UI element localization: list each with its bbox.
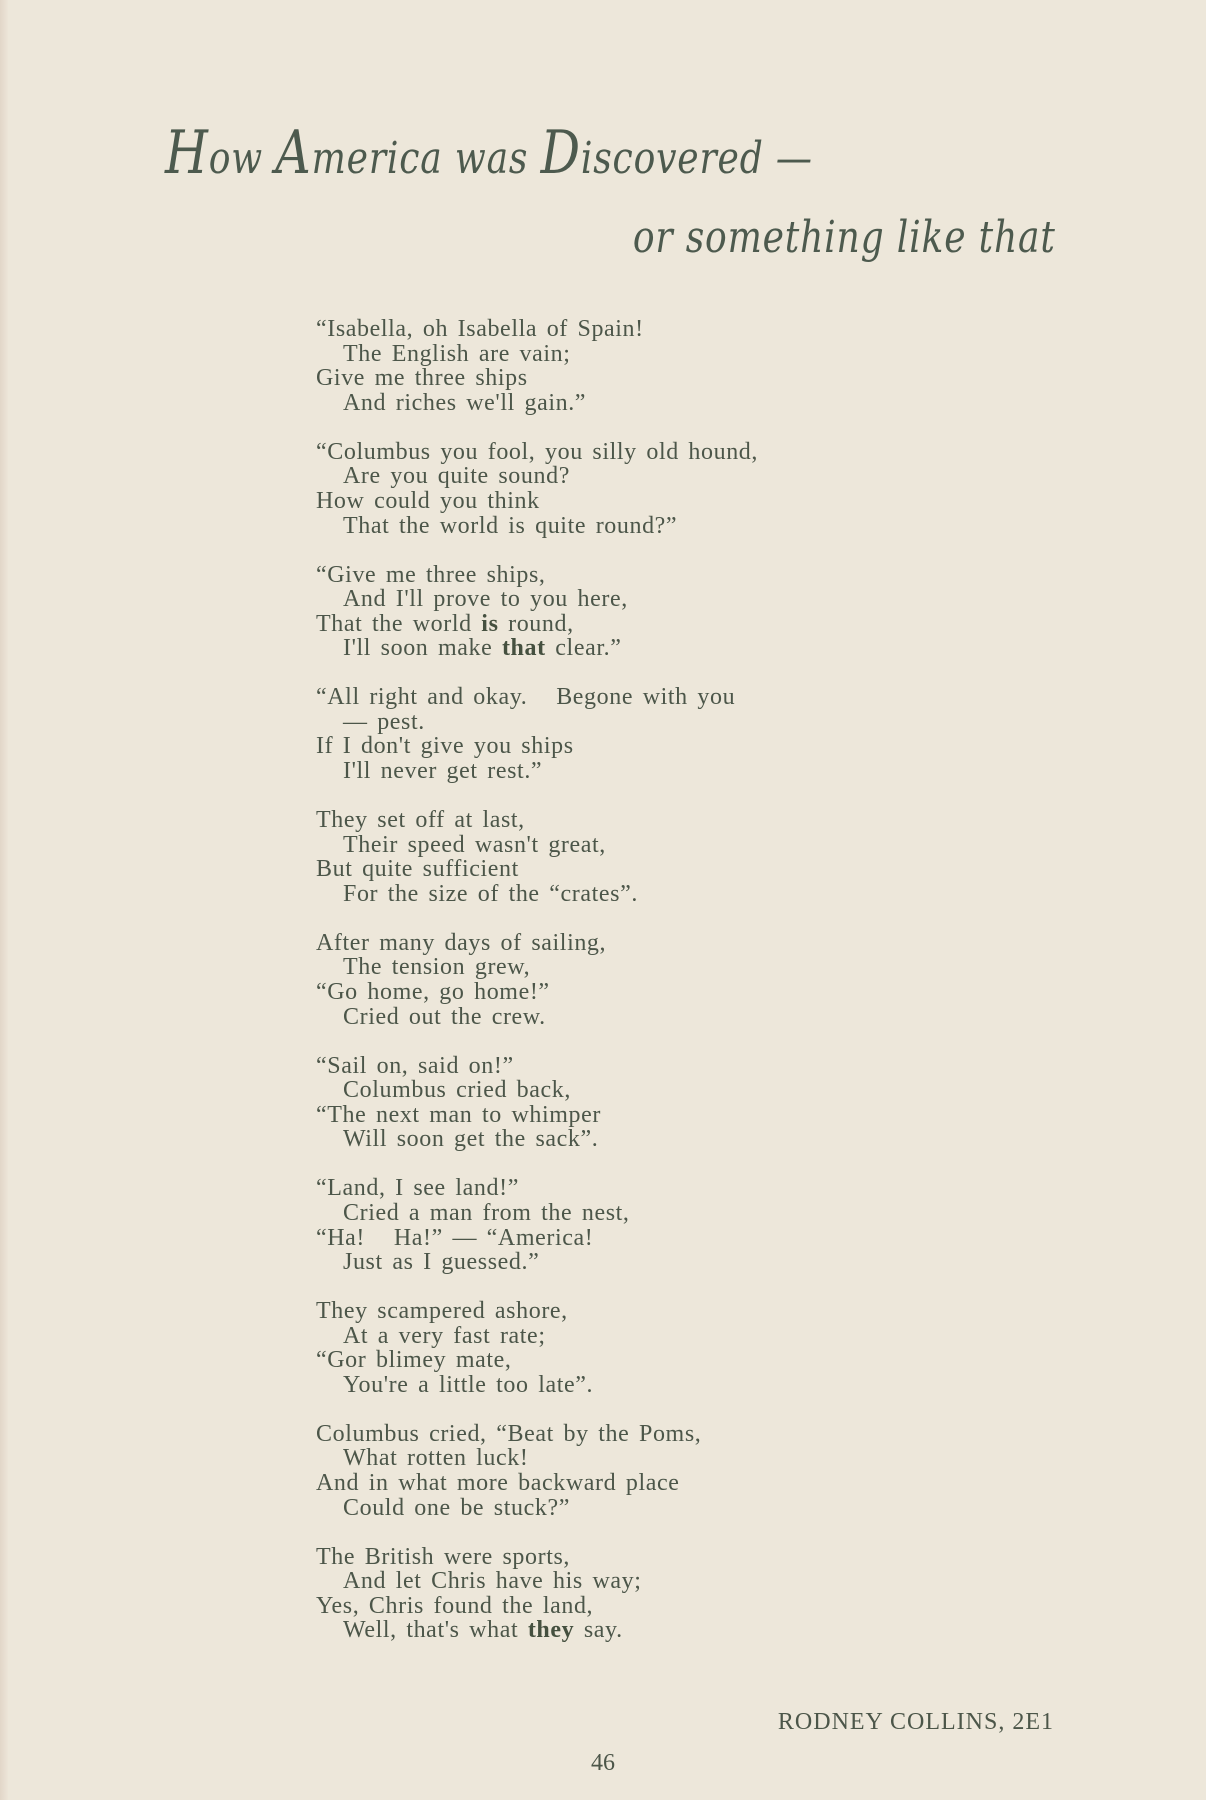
emphasis: is <box>481 611 498 637</box>
poem-line: “Land, I see land!” <box>316 1176 758 1201</box>
title-rest-america: merica was <box>312 133 541 184</box>
emphasis: they <box>528 1617 574 1643</box>
poem-line: “All right and okay. Begone with you <box>316 685 758 710</box>
title-word-how: How <box>165 133 275 184</box>
poem-body: “Isabella, oh Isabella of Spain!The Engl… <box>316 317 758 1667</box>
poem-line: “Sail on, said on!” <box>316 1054 758 1079</box>
poem-line: The English are vain; <box>316 342 758 367</box>
stanza: “Isabella, oh Isabella of Spain!The Engl… <box>316 317 758 415</box>
title-cap-a: A <box>275 118 311 188</box>
stanza: Columbus cried, “Beat by the Poms,What r… <box>316 1422 758 1520</box>
stanza: “Columbus you fool, you silly old hound,… <box>316 440 758 538</box>
poem-line: They set off at last, <box>316 808 758 833</box>
poem-line: And let Chris have his way; <box>316 1569 758 1594</box>
stanza: “All right and okay. Begone with you— pe… <box>316 685 758 783</box>
poem-line: If I don't give you ships <box>316 734 758 759</box>
poem-line: “Columbus you fool, you silly old hound, <box>316 440 758 465</box>
poem-line: The tension grew, <box>316 955 758 980</box>
author-credit: RODNEY COLLINS, 2E1 <box>778 1709 1054 1736</box>
poem-line: Could one be stuck?” <box>316 1496 758 1521</box>
poem-line: Give me three ships <box>316 366 758 391</box>
poem-line: You're a little too late”. <box>316 1373 758 1398</box>
poem-line: Yes, Chris found the land, <box>316 1594 758 1619</box>
poem-line: “Gor blimey mate, <box>316 1348 758 1373</box>
title-line-2: or something like that <box>633 212 1056 263</box>
poem-line: “Give me three ships, <box>316 563 758 588</box>
poem-line: At a very fast rate; <box>316 1324 758 1349</box>
poem-line: “The next man to whimper <box>316 1103 758 1128</box>
title-rest-how: ow <box>209 133 276 184</box>
emphasis: that <box>502 635 546 661</box>
stanza: They scampered ashore,At a very fast rat… <box>316 1299 758 1397</box>
poem-line: Just as I guessed.” <box>316 1250 758 1275</box>
poem-line: That the world is round, <box>316 612 758 637</box>
poem-line: I'll soon make that clear.” <box>316 636 758 661</box>
poem-line: I'll never get rest.” <box>316 759 758 784</box>
poem-line: Columbus cried back, <box>316 1078 758 1103</box>
poem-line: After many days of sailing, <box>316 931 758 956</box>
poem-line: “Ha! Ha!” — “America! <box>316 1226 758 1251</box>
poem-line: Well, that's what they say. <box>316 1618 758 1643</box>
stanza: After many days of sailing,The tension g… <box>316 931 758 1029</box>
title-line-1: How America was Discovered — <box>165 118 813 188</box>
title-word-discovered: Discovered — <box>541 133 813 184</box>
poem-line: Are you quite sound? <box>316 464 758 489</box>
poem-line: And riches we'll gain.” <box>316 391 758 416</box>
page-edge <box>0 0 8 1800</box>
poem-line: Cried a man from the nest, <box>316 1201 758 1226</box>
poem-line: The British were sports, <box>316 1545 758 1570</box>
stanza: “Sail on, said on!”Columbus cried back,“… <box>316 1054 758 1152</box>
poem-line: — pest. <box>316 710 758 735</box>
title-rest-discovered: iscovered — <box>581 133 813 184</box>
stanza: The British were sports,And let Chris ha… <box>316 1545 758 1643</box>
poem-line: Their speed wasn't great, <box>316 833 758 858</box>
poem-line: For the size of the “crates”. <box>316 882 758 907</box>
stanza: They set off at last,Their speed wasn't … <box>316 808 758 906</box>
poem-line: Cried out the crew. <box>316 1005 758 1030</box>
poem-line: And in what more backward place <box>316 1471 758 1496</box>
poem-line: Columbus cried, “Beat by the Poms, <box>316 1422 758 1447</box>
title-cap-d: D <box>541 118 581 188</box>
page-number: 46 <box>591 1750 615 1777</box>
poem-line: What rotten luck! <box>316 1446 758 1471</box>
poem-line: “Go home, go home!” <box>316 980 758 1005</box>
stanza: “Give me three ships,And I'll prove to y… <box>316 563 758 661</box>
stanza: “Land, I see land!”Cried a man from the … <box>316 1176 758 1274</box>
title-word-america: America was <box>275 133 540 184</box>
poem-line: Will soon get the sack”. <box>316 1127 758 1152</box>
poem-line: How could you think <box>316 489 758 514</box>
poem-line: They scampered ashore, <box>316 1299 758 1324</box>
title-cap-h: H <box>165 118 209 188</box>
poem-line: That the world is quite round?” <box>316 514 758 539</box>
poem-line: But quite sufficient <box>316 857 758 882</box>
poem-line: “Isabella, oh Isabella of Spain! <box>316 317 758 342</box>
poem-line: And I'll prove to you here, <box>316 587 758 612</box>
